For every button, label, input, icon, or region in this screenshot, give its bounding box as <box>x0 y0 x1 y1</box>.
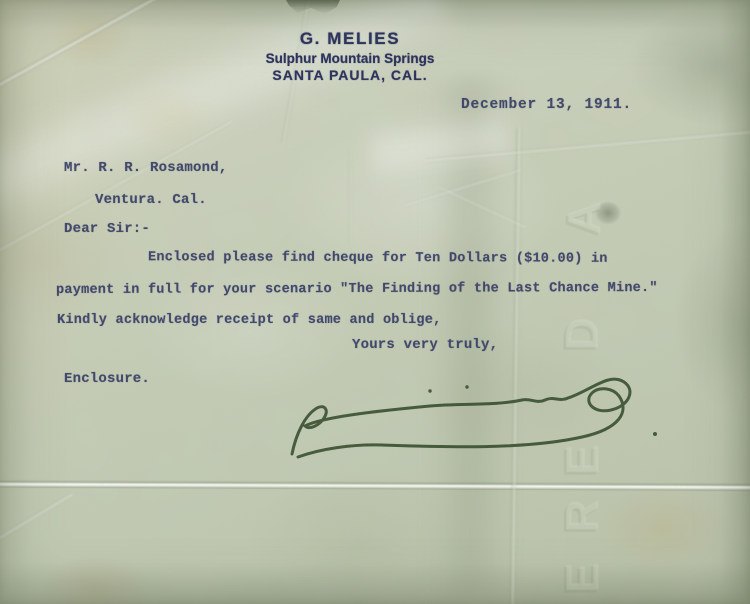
body-line-3: Kindly acknowledge receipt of same and o… <box>57 313 441 328</box>
closing-line: Yours very truly, <box>352 337 498 353</box>
embossed-watermark-glyph: E <box>558 564 604 595</box>
salutation: Dear Sir:- <box>64 221 150 237</box>
recipient-place: Ventura. Cal. <box>95 192 207 208</box>
crease-radiate-1 <box>405 168 521 207</box>
fold-crease-horizontal <box>0 479 750 491</box>
date-line: December 13, 1911. <box>461 97 632 113</box>
body-line-2: payment in full for your scenario "The F… <box>56 281 658 298</box>
crease-below-date <box>425 129 750 163</box>
enclosure-note: Enclosure. <box>64 371 150 387</box>
embossed-watermark-glyph: A <box>560 202 606 235</box>
paper-mottle-texture <box>0 0 750 604</box>
recipient-name: Mr. R. R. Rosamond, <box>64 160 227 176</box>
embossed-watermark-glyph: D <box>558 318 604 351</box>
signature <box>262 360 667 475</box>
highlight-band-2 <box>366 101 514 190</box>
scanned-letter: A D E R E G. MELIES Sulphur Mountain Spr… <box>0 0 750 604</box>
fold-crease-vertical <box>509 128 523 604</box>
paper-grain-texture <box>0 0 750 604</box>
crease-bottomleft <box>0 492 73 543</box>
body-line-1: Enclosed please find cheque for Ten Doll… <box>148 250 608 267</box>
letterhead-place: Sulphur Mountain Springs <box>0 51 700 66</box>
letterhead-name: G. MELIES <box>0 29 700 49</box>
crease-left-dashes <box>348 150 353 245</box>
letterhead-city: SANTA PAULA, CAL. <box>0 67 700 83</box>
letterhead: G. MELIES Sulphur Mountain Springs SANTA… <box>0 29 700 83</box>
embossed-watermark-glyph: R <box>558 500 604 533</box>
embossed-watermark-glyph: E <box>558 446 604 477</box>
torn-notch-shadow <box>286 0 340 14</box>
crease-radiate-2 <box>438 185 526 229</box>
